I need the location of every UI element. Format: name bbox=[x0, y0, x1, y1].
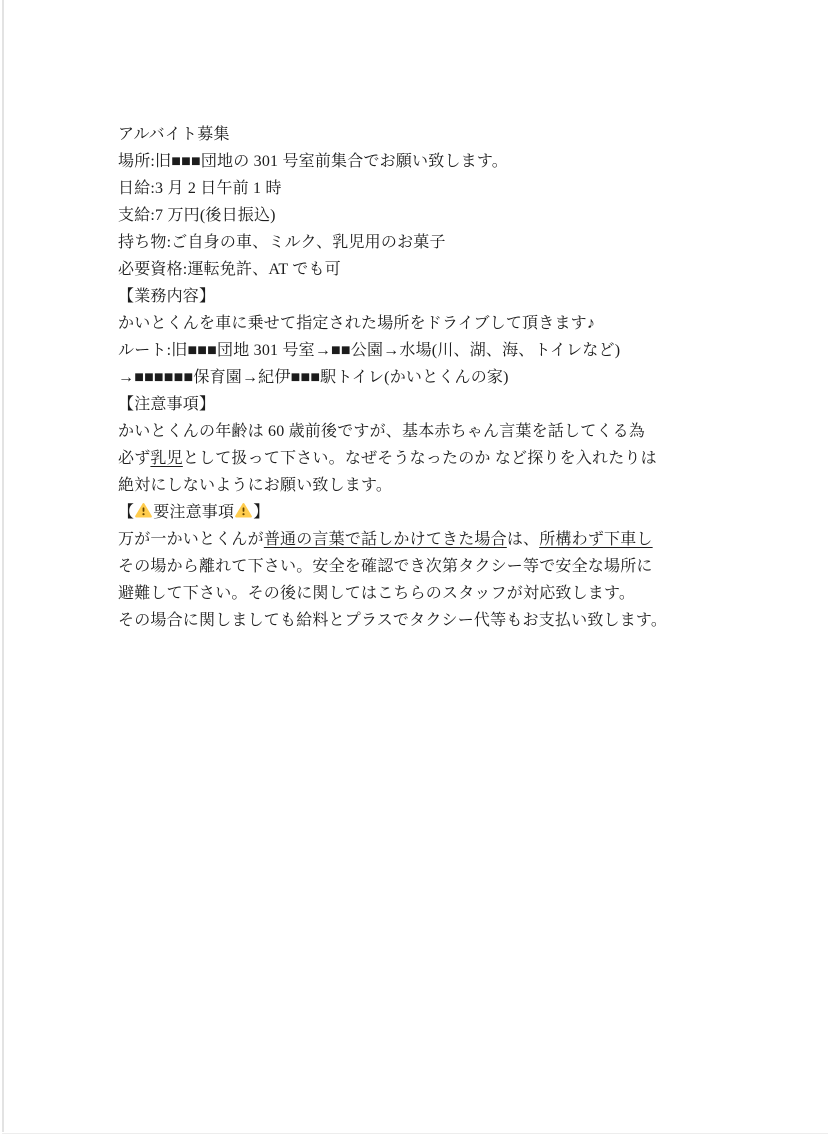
critical-line1-mid: は、 bbox=[507, 531, 539, 548]
critical-line-if-spoken: 万が一かいとくんが普通の言葉で話しかけてきた場合は、所構わず下車し bbox=[118, 526, 778, 553]
critical-header-close-bracket: 】 bbox=[253, 504, 269, 521]
warning-icon bbox=[235, 502, 252, 519]
job-line-route-1: ルート:旧■■■団地 301 号室→■■公園→水場(川、湖、海、トイレなど) bbox=[118, 337, 778, 364]
critical-line1-pre: 万が一かいとくんが bbox=[118, 531, 264, 548]
caution-line-treat-post: として扱って下さい。なぜそうなったのか など探りを入れたりは bbox=[183, 450, 657, 467]
critical-line-leave: その場から離れて下さい。安全を確認でき次第タクシー等で安全な場所に bbox=[118, 553, 778, 580]
info-line-qualification: 必要資格:運転免許、AT でも可 bbox=[118, 256, 778, 283]
section-header-caution: 【注意事項】 bbox=[118, 391, 778, 418]
section-header-critical: 【要注意事項】 bbox=[118, 499, 778, 526]
critical-header-open-bracket: 【 bbox=[118, 504, 134, 521]
critical-underline-normal-speech: 普通の言葉で話しかけてきた場合 bbox=[264, 531, 507, 548]
section-header-job-description: 【業務内容】 bbox=[118, 283, 778, 310]
info-line-date-pay: 日給:3 月 2 日午前 1 時 bbox=[118, 175, 778, 202]
critical-header-label: 要注意事項 bbox=[153, 504, 234, 521]
job-description-block: かいとくんを車に乗せて指定された場所をドライブして頂きます♪ ルート:旧■■■団… bbox=[118, 310, 778, 391]
job-line-drive: かいとくんを車に乗せて指定された場所をドライブして頂きます♪ bbox=[118, 310, 778, 337]
document-page: アルバイト募集 場所:旧■■■団地の 301 号室前集合でお願い致します。 日給… bbox=[118, 121, 778, 634]
critical-line-payment: その場合に関しましても給料とプラスでタクシー代等もお支払い致します。 bbox=[118, 607, 778, 634]
page-edge-left-line bbox=[2, 0, 4, 1132]
job-line-route-2: →■■■■■■保育園→紀伊■■■駅トイレ(かいとくんの家) bbox=[118, 364, 778, 391]
warning-icon bbox=[135, 502, 152, 519]
caution-line-never: 絶対にしないようにお願い致します。 bbox=[118, 472, 778, 499]
info-line-place: 場所:旧■■■団地の 301 号室前集合でお願い致します。 bbox=[118, 148, 778, 175]
page-edge-bottom-line bbox=[2, 1133, 828, 1134]
caution-block: かいとくんの年齢は 60 歳前後ですが、基本赤ちゃん言葉を話してくる為 必ず乳児… bbox=[118, 418, 778, 499]
critical-line-evacuate: 避難して下さい。その後に関してはこちらのスタッフが対応致します。 bbox=[118, 580, 778, 607]
job-info-block: 場所:旧■■■団地の 301 号室前集合でお願い致します。 日給:3 月 2 日… bbox=[118, 148, 778, 283]
caution-line-treat: 必ず乳児として扱って下さい。なぜそうなったのか など探りを入れたりは bbox=[118, 445, 778, 472]
info-line-belongings: 持ち物:ご自身の車、ミルク、乳児用のお菓子 bbox=[118, 229, 778, 256]
caution-line-age: かいとくんの年齢は 60 歳前後ですが、基本赤ちゃん言葉を話してくる為 bbox=[118, 418, 778, 445]
info-line-payment: 支給:7 万円(後日振込) bbox=[118, 202, 778, 229]
document-title: アルバイト募集 bbox=[118, 121, 778, 148]
caution-underline-infant: 乳児 bbox=[150, 450, 182, 467]
critical-block: 万が一かいとくんが普通の言葉で話しかけてきた場合は、所構わず下車し その場から離… bbox=[118, 526, 778, 634]
caution-line-treat-pre: 必ず bbox=[118, 450, 150, 467]
critical-underline-exit-vehicle: 所構わず下車し bbox=[539, 531, 652, 548]
